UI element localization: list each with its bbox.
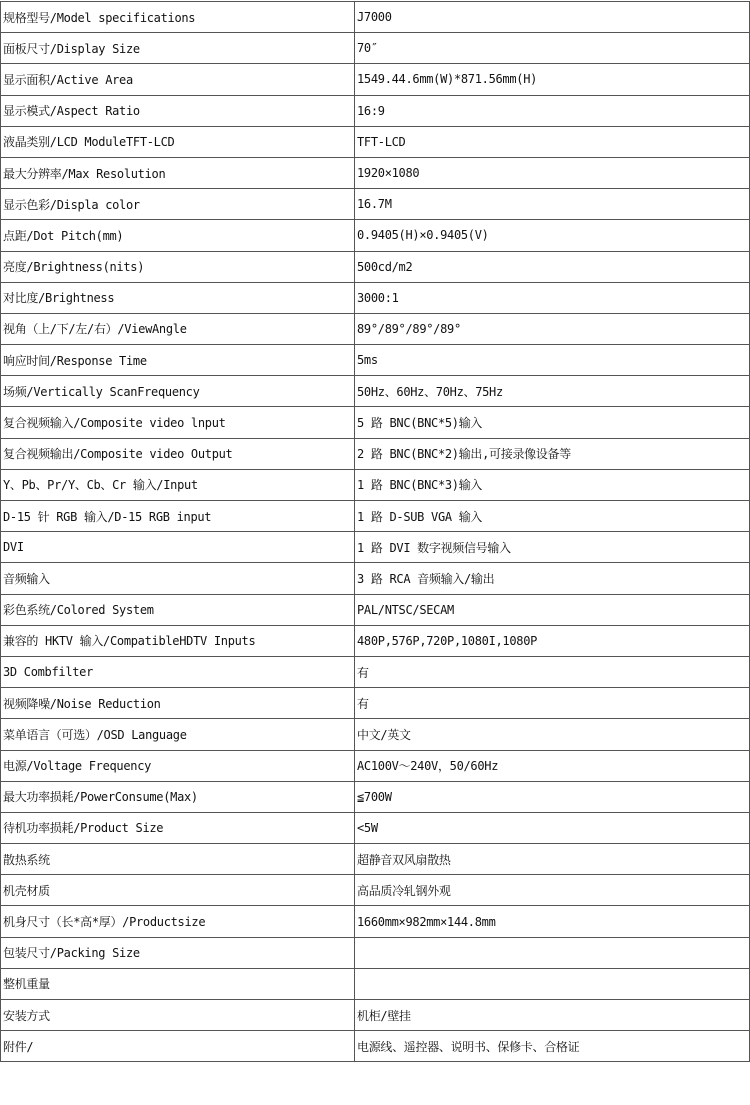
spec-row: 复合视频输入/Composite video lnput5 路 BNC(BNC*… [1,407,750,438]
spec-value: 5ms [355,345,750,376]
spec-row: 待机功率损耗/Product Size<5W [1,812,750,843]
spec-row: 电源/Voltage FrequencyAC100V～240V，50/60Hz [1,750,750,781]
spec-value: 机柜/壁挂 [355,1000,750,1031]
spec-label: 整机重量 [1,968,355,999]
spec-row: 规格型号/Model specificationsJ7000 [1,2,750,33]
spec-row: 包装尺寸/Packing Size [1,937,750,968]
spec-label: 场频/Vertically ScanFrequency [1,376,355,407]
spec-value: 1549.44.6mm(W)*871.56mm(H) [355,64,750,95]
spec-label: DVI [1,532,355,563]
spec-label: 附件/ [1,1031,355,1062]
spec-label: 复合视频输入/Composite video lnput [1,407,355,438]
spec-label: 复合视频输出/Composite video Output [1,438,355,469]
spec-value: AC100V～240V，50/60Hz [355,750,750,781]
spec-label: 兼容的 HKTV 输入/CompatibleHDTV Inputs [1,625,355,656]
spec-row: 最大分辨率/Max Resolution1920×1080 [1,157,750,188]
spec-row: DVI1 路 DVI 数字视频信号输入 [1,532,750,563]
spec-value: 16:9 [355,95,750,126]
spec-row: 散热系统超静音双风扇散热 [1,844,750,875]
spec-label: 最大功率损耗/PowerConsume(Max) [1,781,355,812]
spec-value: J7000 [355,2,750,33]
spec-value: 1660mm×982mm×144.8mm [355,906,750,937]
spec-value: ≦700W [355,781,750,812]
spec-value: 1 路 DVI 数字视频信号输入 [355,532,750,563]
spec-value: 3000:1 [355,282,750,313]
spec-value: 超静音双风扇散热 [355,844,750,875]
spec-value: 3 路 RCA 音频输入/输出 [355,563,750,594]
spec-label: 机身尺寸（长*高*厚）/Productsize [1,906,355,937]
spec-row: 机身尺寸（长*高*厚）/Productsize1660mm×982mm×144.… [1,906,750,937]
spec-label: 响应时间/Response Time [1,345,355,376]
spec-label: 液晶类别/LCD ModuleTFT-LCD [1,126,355,157]
spec-label: 规格型号/Model specifications [1,2,355,33]
spec-row: 整机重量 [1,968,750,999]
spec-label: 彩色系统/Colored System [1,594,355,625]
spec-value: 89°/89°/89°/89° [355,313,750,344]
spec-row: 点距/Dot Pitch(mm)0.9405(H)×0.9405(V) [1,220,750,251]
spec-table: 规格型号/Model specificationsJ7000面板尺寸/Displ… [0,1,750,1062]
spec-row: 菜单语言（可选）/OSD Language中文/英文 [1,719,750,750]
spec-label: 菜单语言（可选）/OSD Language [1,719,355,750]
spec-row: 显示色彩/Displa color16.7M [1,189,750,220]
spec-row: 兼容的 HKTV 输入/CompatibleHDTV Inputs480P,57… [1,625,750,656]
spec-value: 1920×1080 [355,157,750,188]
spec-value: 70″ [355,33,750,64]
spec-value: 有 [355,656,750,687]
spec-row: 3D Combfilter有 [1,656,750,687]
spec-value: 5 路 BNC(BNC*5)输入 [355,407,750,438]
spec-label: 显示模式/Aspect Ratio [1,95,355,126]
spec-value: 中文/英文 [355,719,750,750]
spec-row: 彩色系统/Colored SystemPAL/NTSC/SECAM [1,594,750,625]
spec-row: 显示面积/Active Area1549.44.6mm(W)*871.56mm(… [1,64,750,95]
spec-label: 3D Combfilter [1,656,355,687]
spec-value: 电源线、遥控器、说明书、保修卡、合格证 [355,1031,750,1062]
spec-row: 音频输入3 路 RCA 音频输入/输出 [1,563,750,594]
spec-label: Y、Pb、Pr/Y、Cb、Cr 输入/Input [1,469,355,500]
spec-row: 视频降噪/Noise Reduction有 [1,688,750,719]
spec-label: 视频降噪/Noise Reduction [1,688,355,719]
spec-row: Y、Pb、Pr/Y、Cb、Cr 输入/Input1 路 BNC(BNC*3)输入 [1,469,750,500]
spec-value: 2 路 BNC(BNC*2)输出,可接录像设备等 [355,438,750,469]
spec-label: 安装方式 [1,1000,355,1031]
spec-row: 场频/Vertically ScanFrequency50Hz、60Hz、70H… [1,376,750,407]
spec-row: 最大功率损耗/PowerConsume(Max)≦700W [1,781,750,812]
spec-value: 50Hz、60Hz、70Hz、75Hz [355,376,750,407]
spec-value: 0.9405(H)×0.9405(V) [355,220,750,251]
spec-label: 电源/Voltage Frequency [1,750,355,781]
spec-label: 音频输入 [1,563,355,594]
spec-label: 最大分辨率/Max Resolution [1,157,355,188]
spec-label: 散热系统 [1,844,355,875]
spec-value: 16.7M [355,189,750,220]
spec-label: 显示面积/Active Area [1,64,355,95]
spec-label: 视角（上/下/左/右）/ViewAngle [1,313,355,344]
spec-value: TFT-LCD [355,126,750,157]
spec-value: 1 路 D-SUB VGA 输入 [355,501,750,532]
spec-row: 安装方式机柜/壁挂 [1,1000,750,1031]
spec-label: D-15 针 RGB 输入/D-15 RGB input [1,501,355,532]
spec-value: PAL/NTSC/SECAM [355,594,750,625]
spec-value: 500cd/m2 [355,251,750,282]
spec-row: 视角（上/下/左/右）/ViewAngle89°/89°/89°/89° [1,313,750,344]
spec-label: 亮度/Brightness(nits) [1,251,355,282]
spec-label: 显示色彩/Displa color [1,189,355,220]
spec-row: 响应时间/Response Time5ms [1,345,750,376]
spec-row: 复合视频输出/Composite video Output2 路 BNC(BNC… [1,438,750,469]
spec-value: 1 路 BNC(BNC*3)输入 [355,469,750,500]
spec-table-body: 规格型号/Model specificationsJ7000面板尺寸/Displ… [1,2,750,1062]
spec-value: 有 [355,688,750,719]
spec-row: 面板尺寸/Display Size70″ [1,33,750,64]
spec-row: 机壳材质高品质冷轧钢外观 [1,875,750,906]
spec-label: 待机功率损耗/Product Size [1,812,355,843]
spec-row: 对比度/Brightness3000:1 [1,282,750,313]
spec-value: <5W [355,812,750,843]
spec-label: 点距/Dot Pitch(mm) [1,220,355,251]
spec-value: 高品质冷轧钢外观 [355,875,750,906]
spec-row: 附件/电源线、遥控器、说明书、保修卡、合格证 [1,1031,750,1062]
spec-row: 显示模式/Aspect Ratio16:9 [1,95,750,126]
spec-row: 液晶类别/LCD ModuleTFT-LCDTFT-LCD [1,126,750,157]
spec-label: 对比度/Brightness [1,282,355,313]
spec-label: 包装尺寸/Packing Size [1,937,355,968]
spec-label: 机壳材质 [1,875,355,906]
spec-value [355,968,750,999]
spec-row: D-15 针 RGB 输入/D-15 RGB input1 路 D-SUB VG… [1,501,750,532]
spec-row: 亮度/Brightness(nits)500cd/m2 [1,251,750,282]
spec-label: 面板尺寸/Display Size [1,33,355,64]
spec-value [355,937,750,968]
spec-value: 480P,576P,720P,1080I,1080P [355,625,750,656]
